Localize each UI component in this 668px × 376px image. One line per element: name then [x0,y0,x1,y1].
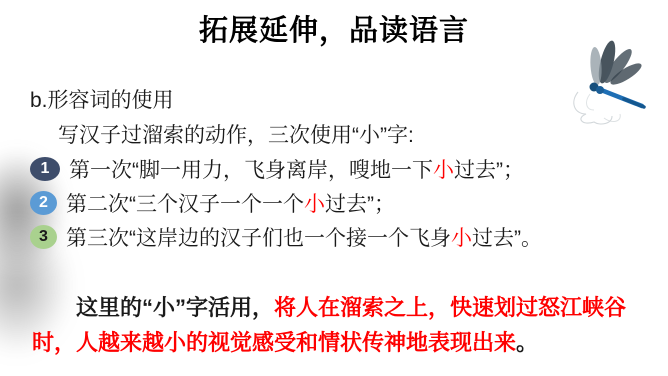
item-text-prefix: 第三次“这岸边的汉子们也一个接一个飞身 [66,227,451,250]
list-item: 1 第一次“脚一用力，飞身离岸，嗖地一下小过去”； [30,152,542,186]
dragonfly-icon [560,30,660,130]
list-item: 3 第三次“这岸边的汉子们也一个接一个飞身小过去”。 [30,220,542,254]
item-text: 第三次“这岸边的汉子们也一个接一个飞身小过去”。 [66,222,542,252]
item-text-suffix: 过去”； [325,193,395,216]
item-text-prefix: 第二次“三个汉子一个一个 [66,193,304,216]
item-text-highlight: 小 [304,193,325,216]
intro-line: 写汉子过溜索的动作，三次使用“小”字: [58,119,414,149]
presentation-slide: 拓展延伸，品读语言 b.形容词的使用 写汉子过溜索的动作，三次使用“小”字: 1… [0,0,668,376]
item-number-badge: 1 [30,157,60,181]
item-number-badge: 3 [30,225,57,249]
item-text-highlight: 小 [451,227,472,250]
list-item: 2 第二次“三个汉子一个一个小过去”； [30,186,542,220]
conclusion-tail: 。 [516,330,538,355]
conclusion-lead: 这里的“小”字活用， [76,295,274,320]
section-label: b.形容词的使用 [30,84,174,114]
item-text-highlight: 小 [433,159,454,182]
item-text-suffix: 过去”； [454,159,524,182]
item-number-badge: 2 [30,191,57,215]
item-text-prefix: 第一次“脚一用力，飞身离岸，嗖地一下 [69,159,433,182]
item-text-suffix: 过去”。 [472,227,542,250]
item-text: 第一次“脚一用力，飞身离岸，嗖地一下小过去”； [69,154,524,184]
conclusion-paragraph: 这里的“小”字活用，将人在溜索之上，快速划过怒江峡谷时，人越来越小的视觉感受和情… [32,290,638,360]
item-text: 第二次“三个汉子一个一个小过去”； [66,188,395,218]
numbered-list: 1 第一次“脚一用力，飞身离岸，嗖地一下小过去”； 2 第二次“三个汉子一个一个… [30,152,542,254]
